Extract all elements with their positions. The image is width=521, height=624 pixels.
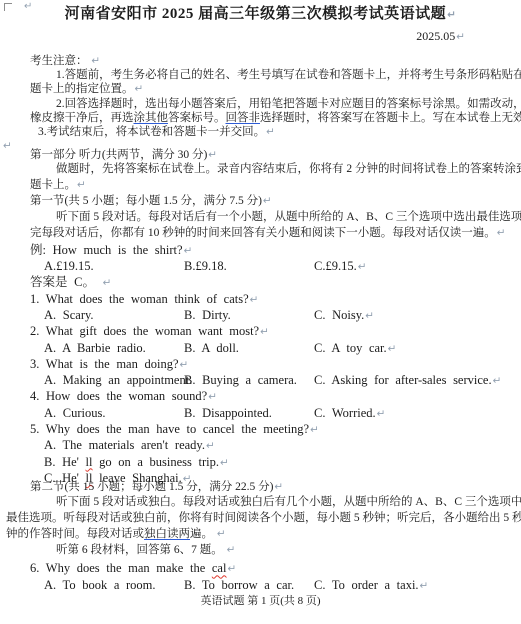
pilcrow-mark: ↵ — [206, 440, 215, 452]
text-segment: 河南省安阳市 2025 届高三年级第三次模拟考试英语试题 — [65, 6, 447, 22]
text-segment: A. Curious. — [44, 406, 106, 420]
pilcrow-mark: ↵ — [135, 83, 144, 95]
example-answer: 答案是 C。 ↵ — [0, 275, 521, 291]
pilcrow-mark: ↵ — [220, 457, 229, 469]
question-5: 5. Why does the man have to cancel the m… — [0, 422, 521, 438]
pilcrow-mark: ↵ — [217, 528, 226, 540]
text-segment: 听第 6 段材料，回答第 6、7 题。 — [56, 544, 226, 556]
text-segment: 答案是 C。 — [30, 275, 102, 289]
text-segment: A. Scary. — [44, 308, 94, 322]
section2-heading: 第二节(共 15 小题；每小题 1.5 分，满分 22.5 分)↵ — [0, 481, 521, 497]
example-question: 例: How much is the shirt?↵ — [0, 243, 521, 259]
text-segment: 遍。 — [190, 528, 216, 540]
text-segment: 最佳选项。听每段对话或独白前，你将有时间阅读各个小题，每小题 5 秒钟；听完后，… — [6, 512, 521, 524]
pilcrow-mark: ↵ — [377, 408, 386, 420]
option-cell: A. Making an appointment. — [44, 373, 192, 387]
empty-paragraph: ↵ — [0, 140, 521, 149]
part1-heading: 第一部分 听力(共两节，满分 30 分)↵ — [0, 149, 521, 163]
text-segment: 答案标号。 — [168, 112, 226, 124]
pilcrow-mark: ↵ — [447, 9, 456, 21]
spelling-marked-text: cal — [212, 561, 227, 575]
exam-title: 河南省安阳市 2025 届高三年级第三次模拟考试英语试题↵ — [0, 6, 521, 30]
text-segment: 第二节(共 15 小题；每小题 1.5 分，满分 22.5 分) — [30, 481, 273, 493]
text-segment: 5. Why does the man have to cancel the m… — [30, 422, 309, 436]
text-segment: 4. How does the woman sound? — [30, 389, 207, 403]
spelling-marked-text: ll — [86, 455, 93, 469]
option-cell: B. A doll. — [184, 341, 239, 355]
example-options-row: A.£19.15.B.£9.18.C.£9.15.↵ — [0, 259, 521, 275]
text-segment: 第一部分 听力(共两节，满分 30 分) — [30, 149, 207, 161]
option-cell: B.£9.18. — [184, 259, 227, 273]
option-cell: C.£9.15.↵ — [314, 259, 367, 273]
text-segment: 2. What gift does the woman want most? — [30, 324, 259, 338]
option-cell: B. Buying a camera. — [184, 373, 297, 387]
pilcrow-mark: ↵ — [365, 310, 374, 322]
pilcrow-mark: ↵ — [310, 424, 319, 436]
option-cell: C. Noisy.↵ — [314, 308, 374, 322]
section2-instructions: 听下面 5 段对话或独白。每段对话或独白后有几个小题，从题中所给的 A、B、C … — [0, 496, 521, 512]
notice-item-3: 3.考试结束后，将本试卷和答题卡一并交回。↵ — [0, 126, 521, 140]
notice-heading: 考生注意： ↵ — [0, 55, 521, 69]
text-segment: B. Buying a camera. — [184, 373, 297, 387]
pilcrow-mark: ↵ — [420, 580, 429, 592]
part1-instructions: 做题时，先将答案标在试卷上。录音内容结束后，你将有 2 分钟的时间将试卷上的答案… — [0, 163, 521, 179]
text-segment: 完每段对话后，你都有 10 秒钟的时间来回答有关小题和阅读下一小题。每段对话仅读… — [30, 227, 496, 239]
exam-date: 2025.05↵ — [0, 30, 521, 46]
document-body: 河南省安阳市 2025 届高三年级第三次模拟考试英语试题↵2025.05↵考生注… — [0, 0, 521, 609]
text-segment: A.£19.15. — [44, 259, 94, 273]
option-cell: B. Disappointed. — [184, 406, 272, 420]
notice-item-2-cont: 橡皮擦干净后，再选涂其他答案标号。回答非选择题时，将答案写在答题卡上。写在本试卷… — [0, 112, 521, 126]
text-segment: A. The materials aren't ready. — [44, 438, 205, 452]
option-cell: A. Curious. — [44, 406, 106, 420]
word-document-page: { "document": { "title": "河南省安阳市 2025 届高… — [0, 0, 521, 624]
text-segment: 英语试题 第 1 页(共 8 页) — [200, 595, 320, 607]
text-segment: C. Asking for after-sales service. — [314, 373, 492, 387]
question-5-option-a: A. The materials aren't ready.↵ — [0, 438, 521, 454]
text-segment: 橡皮擦干净后，再选 — [30, 112, 134, 124]
text-segment: B. He' — [44, 455, 86, 469]
question-1: 1. What does the woman think of cats?↵ — [0, 292, 521, 308]
option-cell: A. Scary. — [44, 308, 94, 322]
option-cell: A. To book a room. — [44, 578, 156, 592]
text-segment: 例: How much is the shirt? — [30, 243, 183, 257]
question-5-option-b: B. He' ll go on a business trip.↵ — [0, 455, 521, 471]
text-segment: C. To order a taxi. — [314, 578, 419, 592]
text-segment: B. Disappointed. — [184, 406, 272, 420]
text-segment: 考生注意： — [30, 55, 90, 67]
text-segment: 第一节(共 5 小题；每小题 1.5 分，满分 7.5 分) — [30, 195, 262, 207]
option-cell: B. To borrow a car. — [184, 578, 294, 592]
question-2-options: A. A Barbie radio.B. A doll.C. A toy car… — [0, 341, 521, 357]
question-3-options: A. Making an appointment.B. Buying a cam… — [0, 373, 521, 389]
grammar-marked-text: 独白读两 — [144, 528, 190, 540]
question-4-options: A. Curious.B. Disappointed.C. Worried.↵ — [0, 406, 521, 422]
notice-item-1: 1.答题前，考生务必将自己的姓名、考生号填写在试卷和答题卡上，并将考生号条形码粘… — [0, 69, 521, 83]
question-5-option-c: C. He' ll leave Shanghai.↵ — [0, 471, 521, 481]
section1-instructions: 听下面 5 段对话。每段对话后有一个小题，从题中所给的 A、B、C 三个选项中选… — [0, 211, 521, 227]
option-cell: A.£19.15. — [44, 259, 94, 273]
text-segment: A. A Barbie radio. — [44, 341, 146, 355]
section1-heading: 第一节(共 5 小题；每小题 1.5 分，满分 7.5 分)↵ — [0, 195, 521, 211]
text-segment: C. Worried. — [314, 406, 376, 420]
pilcrow-mark: ↵ — [388, 343, 397, 355]
pilcrow-mark: ↵ — [493, 375, 502, 387]
pilcrow-mark: ↵ — [266, 126, 275, 138]
text-segment: 听下面 5 段对话或独白。每段对话或独白后有几个小题，从题中所给的 A、B、C … — [56, 496, 521, 508]
question-6: 6. Why does the man make the cal↵ — [0, 561, 521, 577]
question-4: 4. How does the woman sound?↵ — [0, 389, 521, 405]
text-segment: 听下面 5 段对话。每段对话后有一个小题，从题中所给的 A、B、C 三个选项中选… — [56, 211, 521, 223]
pilcrow-mark: ↵ — [184, 245, 193, 257]
option-cell: C. To order a taxi.↵ — [314, 578, 428, 592]
text-segment: 钟的作答时间。每段对话或 — [6, 528, 144, 540]
option-cell: A. A Barbie radio. — [44, 341, 146, 355]
text-segment: 选择题时，将答案写在答题卡上。写在本试卷上无效。 — [260, 112, 521, 124]
pilcrow-mark: ↵ — [358, 261, 367, 273]
pilcrow-mark: ↵ — [456, 31, 465, 43]
page-footer: 英语试题 第 1 页(共 8 页) — [0, 595, 521, 609]
question-3: 3. What is the man doing?↵ — [0, 357, 521, 373]
text-segment: A. Making an appointment. — [44, 373, 192, 387]
question-1-options: A. Scary.B. Dirty.C. Noisy.↵ — [0, 308, 521, 324]
text-segment: 题卡上的指定位置。 — [30, 83, 134, 95]
pilcrow-mark: ↵ — [227, 563, 236, 575]
text-segment: 1.答题前，考生务必将自己的姓名、考生号填写在试卷和答题卡上，并将考生号条形码粘… — [56, 69, 521, 81]
option-cell: C. Worried.↵ — [314, 406, 385, 420]
text-segment: B. To borrow a car. — [184, 578, 294, 592]
text-segment: 3. What is the man doing? — [30, 357, 179, 371]
grammar-marked-text: 回答非 — [226, 112, 261, 124]
pilcrow-mark: ↵ — [260, 326, 269, 338]
question-6-options: A. To book a room.B. To borrow a car.C. … — [0, 578, 521, 594]
text-segment: 6. Why does the man make the — [30, 561, 212, 575]
text-segment: B. Dirty. — [184, 308, 231, 322]
section2-instructions-cont-2: 钟的作答时间。每段对话或独白读两遍。 ↵ — [0, 528, 521, 544]
text-segment: 3.考试结束后，将本试卷和答题卡一并交回。 — [38, 126, 265, 138]
pilcrow-mark: ↵ — [208, 149, 217, 161]
text-segment: 1. What does the woman think of cats? — [30, 292, 249, 306]
section1-instructions-cont: 完每段对话后，你都有 10 秒钟的时间来回答有关小题和阅读下一小题。每段对话仅读… — [0, 227, 521, 243]
text-segment: 2.回答选择题时，选出每小题答案后，用铅笔把答题卡对应题目的答案标号涂黑。如需改… — [56, 98, 521, 110]
pilcrow-mark: ↵ — [208, 391, 217, 403]
text-segment: B.£9.18. — [184, 259, 227, 273]
pilcrow-mark: ↵ — [274, 481, 283, 493]
pilcrow-mark: ↵ — [250, 294, 259, 306]
text-segment: 2025.05 — [416, 29, 455, 43]
question-2: 2. What gift does the woman want most?↵ — [0, 324, 521, 340]
option-cell: C. A toy car.↵ — [314, 341, 396, 355]
pilcrow-mark: ↵ — [227, 544, 236, 556]
text-segment: 做题时，先将答案标在试卷上。录音内容结束后，你将有 2 分钟的时间将试卷上的答案… — [56, 163, 521, 175]
notice-item-2: 2.回答选择题时，选出每小题答案后，用铅笔把答题卡对应题目的答案标号涂黑。如需改… — [0, 98, 521, 112]
pilcrow-mark: ↵ — [497, 227, 506, 239]
pilcrow-mark: ↵ — [180, 359, 189, 371]
grammar-marked-text: 涂其他 — [134, 112, 169, 124]
option-cell: C. Asking for after-sales service.↵ — [314, 373, 501, 387]
option-cell: B. Dirty. — [184, 308, 231, 322]
pilcrow-mark: ↵ — [77, 179, 86, 191]
notice-item-1-cont: 题卡上的指定位置。↵ — [0, 83, 521, 97]
text-segment: C.£9.15. — [314, 259, 357, 273]
section2-instructions-cont-1: 最佳选项。听每段对话或独白前，你将有时间阅读各个小题，每小题 5 秒钟；听完后，… — [0, 512, 521, 529]
text-segment: C. Noisy. — [314, 308, 364, 322]
pilcrow-mark: ↵ — [91, 55, 100, 67]
text-segment: C. A toy car. — [314, 341, 387, 355]
part1-instructions-cont: 题卡上。↵ — [0, 179, 521, 195]
text-segment: A. To book a room. — [44, 578, 156, 592]
pilcrow-mark: ↵ — [103, 277, 112, 289]
text-segment: B. A doll. — [184, 341, 239, 355]
text-segment: go on a business trip. — [93, 455, 220, 469]
dialogue-6-prompt: 听第 6 段材料，回答第 6、7 题。 ↵ — [0, 544, 521, 561]
text-segment: 题卡上。 — [30, 179, 76, 191]
pilcrow-mark: ↵ — [263, 195, 272, 207]
